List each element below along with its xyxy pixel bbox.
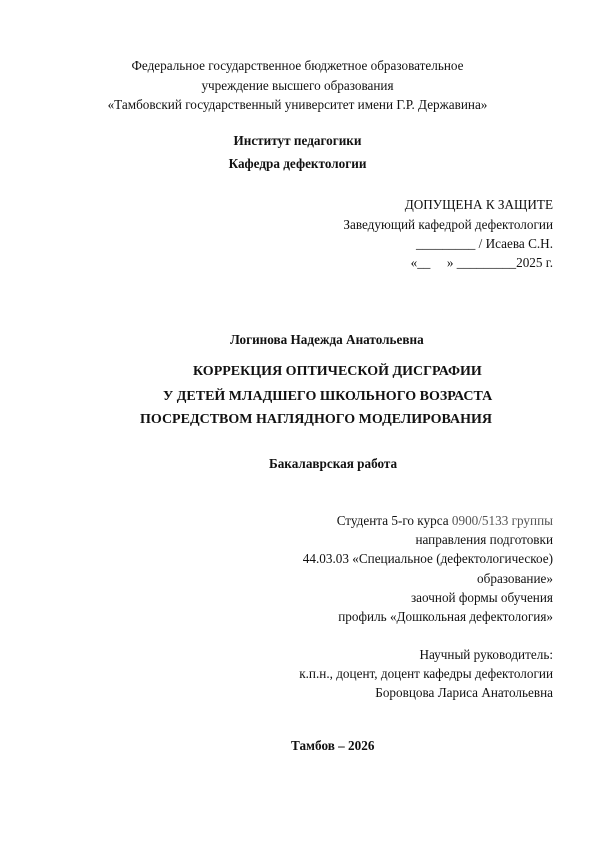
student-info-line-2: 44.03.03 «Специальное (дефектологическое… <box>303 552 553 565</box>
department-name: Кафедра дефектологии <box>0 157 595 170</box>
approval-date-line: «__ » _________2025 г. <box>411 256 553 269</box>
city-year: Тамбов – 2026 <box>291 739 374 752</box>
student-info-line-3: образование» <box>477 572 553 585</box>
supervisor-name: Боровцова Лариса Анатольевна <box>375 686 553 699</box>
thesis-title-line-3: ПОСРЕДСТВОМ НАГЛЯДНОГО МОДЕЛИРОВАНИЯ <box>140 413 492 427</box>
group-number: 0900/5133 группы <box>452 513 553 528</box>
thesis-title-line-2: У ДЕТЕЙ МЛАДШЕГО ШКОЛЬНОГО ВОЗРАСТА <box>163 390 492 404</box>
approval-position: Заведующий кафедрой дефектологии <box>343 218 553 231</box>
approval-title: ДОПУЩЕНА К ЗАЩИТЕ <box>405 198 553 211</box>
thesis-title-line-1: КОРРЕКЦИЯ ОПТИЧЕСКОЙ ДИСГРАФИИ <box>193 365 482 379</box>
approval-signature-line: _________ / Исаева С.Н. <box>416 237 553 250</box>
institute-name: Институт педагогики <box>0 134 595 147</box>
student-info-line-1: направления подготовки <box>415 533 553 546</box>
org-line-2: учреждение высшего образования <box>0 79 595 92</box>
org-line-3: «Тамбовский государственный университет … <box>0 98 595 111</box>
supervisor-label: Научный руководитель: <box>419 648 553 661</box>
course-prefix: Студента 5-го курса <box>337 513 452 528</box>
student-course-line: Студента 5-го курса 0900/5133 группы <box>337 514 553 527</box>
supervisor-title: к.п.н., доцент, доцент кафедры дефектоло… <box>299 667 553 680</box>
org-line-1: Федеральное государственное бюджетное об… <box>0 59 595 72</box>
work-type: Бакалаврская работа <box>269 457 397 470</box>
author-name: Логинова Надежда Анатольевна <box>230 333 424 346</box>
student-info-line-5: профиль «Дошкольная дефектология» <box>338 610 553 623</box>
student-info-line-4: заочной формы обучения <box>411 591 553 604</box>
